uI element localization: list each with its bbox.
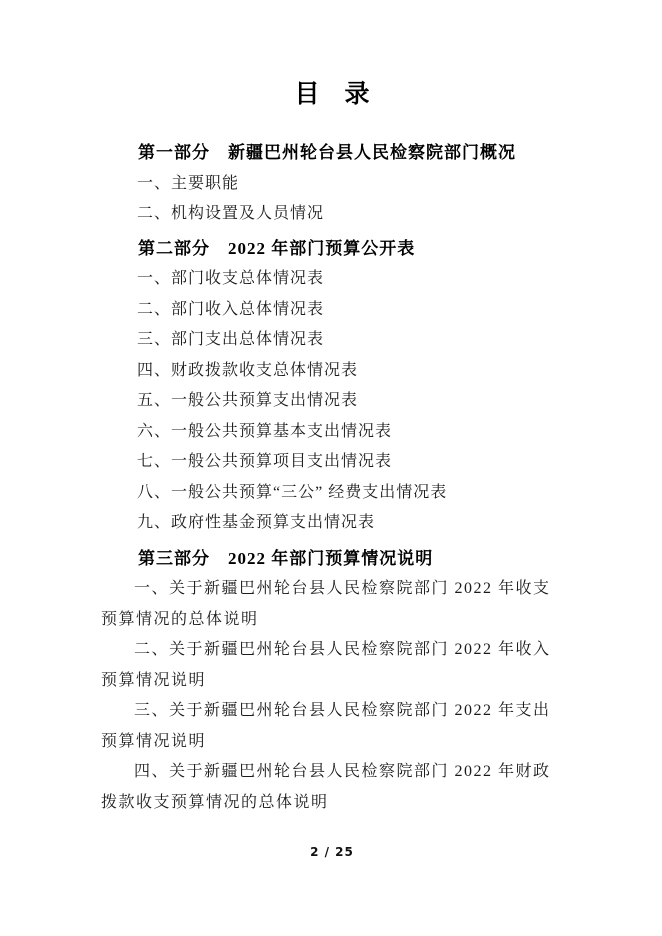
toc-entry-line: 拨款收支预算情况的总体说明 <box>101 788 563 819</box>
toc-entry: 四、财政拨款收支总体情况表 <box>101 356 563 387</box>
toc-entry-line: 四、关于新疆巴州轮台县人民检察院部门 2022 年财政 <box>101 757 563 788</box>
page-title: 目 录 <box>101 78 563 112</box>
toc-entry-line: 二、关于新疆巴州轮台县人民检察院部门 2022 年收入 <box>101 635 563 666</box>
toc-entry: 八、一般公共预算“三公” 经费支出情况表 <box>101 478 563 509</box>
toc-entry: 一、主要职能 <box>101 169 563 200</box>
toc-entry-line: 预算情况说明 <box>101 666 563 697</box>
toc-entry-line: 一、关于新疆巴州轮台县人民检察院部门 2022 年收支 <box>101 574 563 605</box>
toc-entry: 一、部门收支总体情况表 <box>101 264 563 295</box>
toc-entry: 六、一般公共预算基本支出情况表 <box>101 417 563 448</box>
toc-entry: 二、部门收入总体情况表 <box>101 295 563 326</box>
toc-entry: 七、一般公共预算项目支出情况表 <box>101 447 563 478</box>
toc-entry: 五、一般公共预算支出情况表 <box>101 386 563 417</box>
toc-entry-line: 预算情况的总体说明 <box>101 605 563 636</box>
page-number: 2 / 25 <box>101 845 563 859</box>
toc-entry: 三、部门支出总体情况表 <box>101 325 563 356</box>
toc-entry: 九、政府性基金预算支出情况表 <box>101 508 563 539</box>
toc-section-heading-part2: 第二部分 2022 年部门预算公开表 <box>101 234 563 265</box>
document-page: 目 录 第一部分 新疆巴州轮台县人民检察院部门概况 一、主要职能 二、机构设置及… <box>0 0 662 936</box>
toc-entry: 二、机构设置及人员情况 <box>101 199 563 230</box>
toc-section-heading-part1: 第一部分 新疆巴州轮台县人民检察院部门概况 <box>101 138 563 169</box>
toc-section-heading-part3: 第三部分 2022 年部门预算情况说明 <box>101 544 563 575</box>
toc-entry-line: 三、关于新疆巴州轮台县人民检察院部门 2022 年支出 <box>101 696 563 727</box>
toc-content: 目 录 第一部分 新疆巴州轮台县人民检察院部门概况 一、主要职能 二、机构设置及… <box>101 78 563 818</box>
toc-entry-line: 预算情况说明 <box>101 727 563 758</box>
